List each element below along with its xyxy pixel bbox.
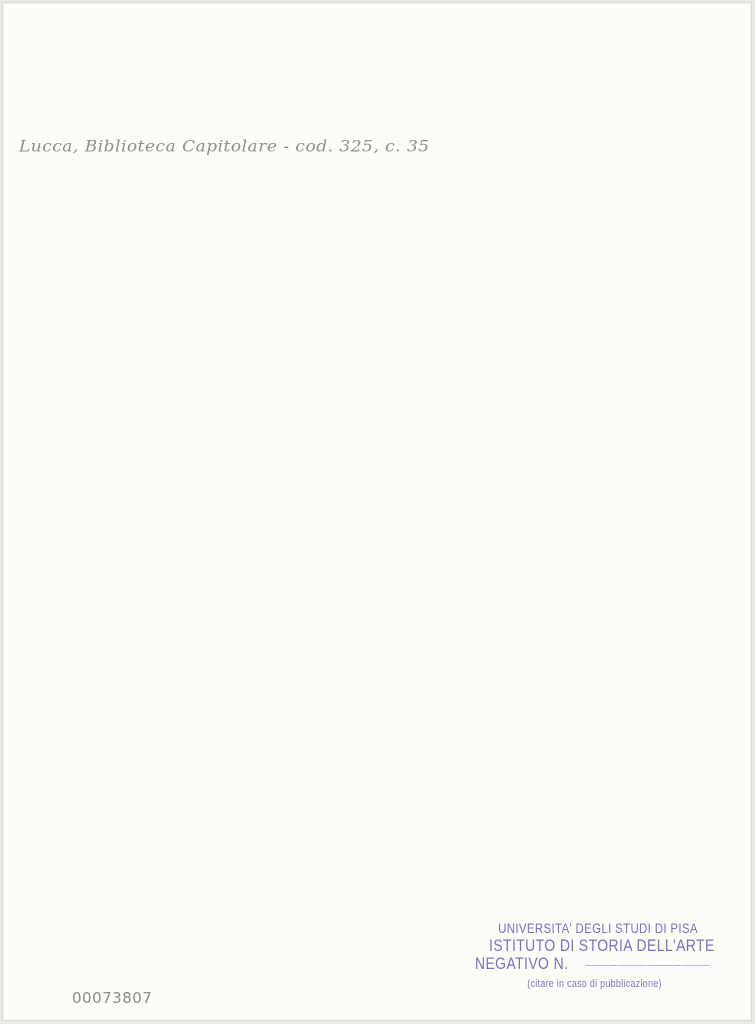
stamp-citation-note: (citare in caso di pubblicazione) [498, 975, 691, 993]
stamp-negative-line: NEGATIVO N. [475, 955, 669, 973]
institute-stamp: UNIVERSITA' DEGLI STUDI DI PISA ISTITUTO… [477, 919, 712, 993]
stamp-negative-blank [586, 965, 709, 966]
handwritten-caption: Lucca, Biblioteca Capitolare - cod. 325,… [19, 137, 430, 156]
stamp-university-line: UNIVERSITA' DEGLI STUDI DI PISA [498, 919, 691, 937]
stamp-negative-label: NEGATIVO N. [475, 954, 568, 973]
photo-verso-sheet: Lucca, Biblioteca Capitolare - cod. 325,… [2, 2, 752, 1021]
stamp-institute-line: ISTITUTO DI STORIA DELL'ARTE [489, 937, 690, 955]
inventory-number: 00073807 [72, 989, 152, 1007]
